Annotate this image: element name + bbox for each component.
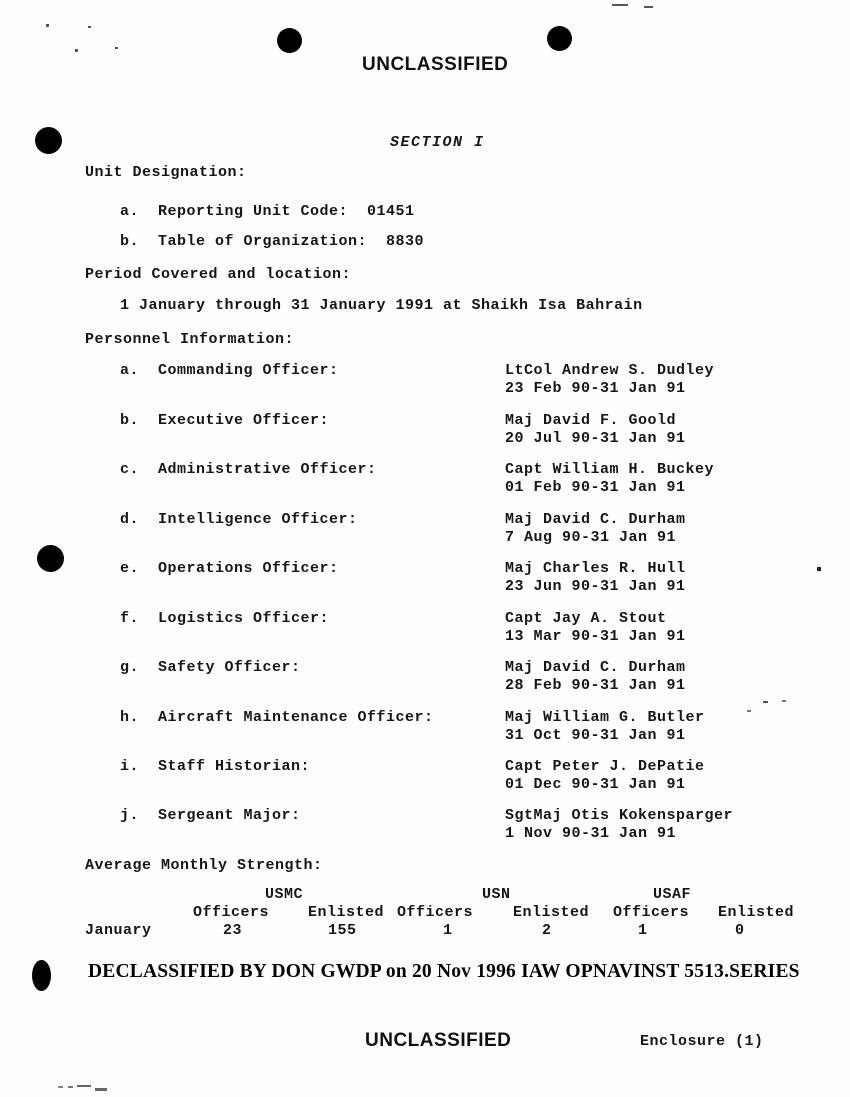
officer-row: c. Administrative Officer: Capt William … <box>0 461 850 497</box>
officer-row: h. Aircraft Maintenance Officer: Maj Wil… <box>0 709 850 745</box>
officer-title: Operations Officer: <box>158 560 339 577</box>
scan-artifact <box>95 1088 107 1091</box>
enclosure-label: Enclosure (1) <box>640 1033 764 1050</box>
unit-designation-heading: Unit Designation: <box>85 164 247 181</box>
officer-name: Maj David C. Durham <box>505 511 686 528</box>
officer-title: Administrative Officer: <box>158 461 377 478</box>
branch-header-usaf: USAF <box>653 886 691 903</box>
officer-letter: d. <box>120 511 139 528</box>
item-text: Reporting Unit Code: 01451 <box>158 203 415 220</box>
officer-row: e. Operations Officer: Maj Charles R. Hu… <box>0 560 850 596</box>
officer-title: Executive Officer: <box>158 412 329 429</box>
officer-name: Maj William G. Butler <box>505 709 705 726</box>
scan-artifact <box>75 49 78 52</box>
period-text: 1 January through 31 January 1991 at Sha… <box>120 297 643 314</box>
officer-dates: 13 Mar 90-31 Jan 91 <box>505 628 686 645</box>
scan-artifact <box>68 1086 73 1088</box>
officer-row: g. Safety Officer: Maj David C. Durham 2… <box>0 659 850 695</box>
officer-letter: g. <box>120 659 139 676</box>
scan-artifact <box>88 26 91 28</box>
officer-title: Sergeant Major: <box>158 807 301 824</box>
hole-punch-mark <box>547 26 572 51</box>
officer-dates: 23 Feb 90-31 Jan 91 <box>505 380 686 397</box>
officer-letter: a. <box>120 362 139 379</box>
officer-title: Staff Historian: <box>158 758 310 775</box>
officer-name: Capt Peter J. DePatie <box>505 758 705 775</box>
scan-artifact <box>612 4 628 6</box>
section-title: SECTION I <box>390 134 485 151</box>
column-header: Officers <box>193 904 269 921</box>
officer-letter: f. <box>120 610 139 627</box>
column-header: Officers <box>397 904 473 921</box>
branch-header-usn: USN <box>482 886 511 903</box>
strength-value: 2 <box>542 922 552 939</box>
officer-dates: 1 Nov 90-31 Jan 91 <box>505 825 676 842</box>
strength-data-row: January 23 155 1 2 1 0 <box>0 922 850 940</box>
officer-name: LtCol Andrew S. Dudley <box>505 362 714 379</box>
column-header: Officers <box>613 904 689 921</box>
officer-letter: e. <box>120 560 139 577</box>
column-header: Enlisted <box>513 904 589 921</box>
officer-dates: 31 Oct 90-31 Jan 91 <box>505 727 686 744</box>
officer-name: Maj Charles R. Hull <box>505 560 686 577</box>
officer-dates: 20 Jul 90-31 Jan 91 <box>505 430 686 447</box>
strength-month: January <box>85 922 152 939</box>
officer-dates: 01 Dec 90-31 Jan 91 <box>505 776 686 793</box>
scan-artifact <box>763 701 768 703</box>
officer-row: d. Intelligence Officer: Maj David C. Du… <box>0 511 850 547</box>
scan-artifact <box>644 6 653 8</box>
hole-punch-mark <box>277 28 302 53</box>
officer-title: Commanding Officer: <box>158 362 339 379</box>
officer-row: b. Executive Officer: Maj David F. Goold… <box>0 412 850 448</box>
hole-punch-mark <box>35 127 62 154</box>
strength-value: 1 <box>638 922 648 939</box>
officer-dates: 28 Feb 90-31 Jan 91 <box>505 677 686 694</box>
officer-letter: i. <box>120 758 139 775</box>
declassification-notice: DECLASSIFIED BY DON GWDP on 20 Nov 1996 … <box>88 961 800 983</box>
officer-dates: 01 Feb 90-31 Jan 91 <box>505 479 686 496</box>
scan-artifact <box>46 24 49 27</box>
column-header: Enlisted <box>308 904 384 921</box>
document-page: UNCLASSIFIED SECTION I Unit Designation:… <box>0 0 850 1097</box>
unit-designation-item: a. Reporting Unit Code: 01451 <box>0 203 850 221</box>
officer-title: Safety Officer: <box>158 659 301 676</box>
officer-name: SgtMaj Otis Kokensparger <box>505 807 733 824</box>
classification-banner-top: UNCLASSIFIED <box>362 54 508 76</box>
scan-artifact <box>782 700 786 702</box>
scan-artifact <box>115 47 118 49</box>
scan-artifact <box>58 1086 63 1088</box>
strength-branch-row: USMC USN USAF <box>0 886 850 904</box>
item-letter: a. <box>120 203 139 220</box>
officer-name: Capt Jay A. Stout <box>505 610 667 627</box>
unit-designation-item: b. Table of Organization: 8830 <box>0 233 850 251</box>
period-heading: Period Covered and location: <box>85 266 351 283</box>
officer-letter: j. <box>120 807 139 824</box>
strength-value: 1 <box>443 922 453 939</box>
strength-column-row: Officers Enlisted Officers Enlisted Offi… <box>0 904 850 922</box>
branch-header-usmc: USMC <box>265 886 303 903</box>
item-letter: b. <box>120 233 139 250</box>
officer-dates: 7 Aug 90-31 Jan 91 <box>505 529 676 546</box>
officer-name: Maj David C. Durham <box>505 659 686 676</box>
strength-value: 23 <box>223 922 242 939</box>
officer-letter: c. <box>120 461 139 478</box>
officer-row: j. Sergeant Major: SgtMaj Otis Kokenspar… <box>0 807 850 843</box>
officer-name: Capt William H. Buckey <box>505 461 714 478</box>
officer-title: Logistics Officer: <box>158 610 329 627</box>
officer-title: Aircraft Maintenance Officer: <box>158 709 434 726</box>
personnel-heading: Personnel Information: <box>85 331 294 348</box>
item-text: Table of Organization: 8830 <box>158 233 424 250</box>
strength-value: 155 <box>328 922 357 939</box>
officer-letter: h. <box>120 709 139 726</box>
officer-row: i. Staff Historian: Capt Peter J. DePati… <box>0 758 850 794</box>
strength-value: 0 <box>735 922 745 939</box>
officer-letter: b. <box>120 412 139 429</box>
column-header: Enlisted <box>718 904 794 921</box>
officer-row: a. Commanding Officer: LtCol Andrew S. D… <box>0 362 850 398</box>
classification-banner-bottom: UNCLASSIFIED <box>365 1030 511 1052</box>
officer-title: Intelligence Officer: <box>158 511 358 528</box>
officer-name: Maj David F. Goold <box>505 412 676 429</box>
strength-heading: Average Monthly Strength: <box>85 857 323 874</box>
officer-dates: 23 Jun 90-31 Jan 91 <box>505 578 686 595</box>
officer-row: f. Logistics Officer: Capt Jay A. Stout … <box>0 610 850 646</box>
scan-artifact <box>77 1085 91 1087</box>
